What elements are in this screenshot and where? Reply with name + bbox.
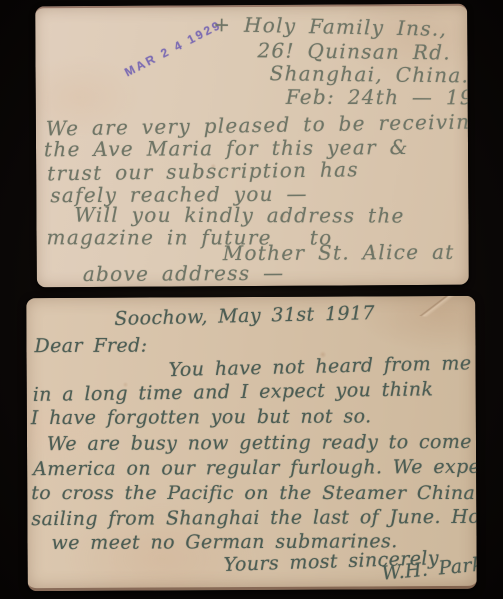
photo-background: MAR 2 4 1929 + Holy Family Ins., 26! Qui… xyxy=(0,0,503,599)
message-line: Will you kindly address the xyxy=(74,203,404,228)
dateline: Soochow, May 31st 1917 xyxy=(114,302,375,330)
address-line: Shanghai, China. xyxy=(269,61,468,87)
postcard-bottom: Soochow, May 31st 1917 Dear Fred: You ha… xyxy=(26,296,477,591)
date-line: Feb: 24th — 1929. xyxy=(286,85,469,110)
message-line: You have not heard from me xyxy=(168,352,471,381)
address-line: + Holy Family Ins., xyxy=(213,12,447,41)
bent-corner-crease xyxy=(418,296,455,320)
message-line: I have forgotten you but not so. xyxy=(31,405,372,429)
message-line: above address — xyxy=(83,261,285,286)
message-line: trust our subscription has xyxy=(47,157,359,185)
postcard-top: MAR 2 4 1929 + Holy Family Ins., 26! Qui… xyxy=(35,4,469,288)
message-line: America on our regular furlough. We expe… xyxy=(33,456,477,480)
message-line: to cross the Pacific on the Steamer Chin… xyxy=(31,482,475,504)
salutation: Dear Fred: xyxy=(34,335,147,358)
date-stamp: MAR 2 4 1929 xyxy=(122,18,224,80)
message-line: in a long time and I expect you think xyxy=(33,378,434,406)
message-line: We are busy now getting ready to come to xyxy=(47,431,477,455)
message-line: sailing from Shanghai the last of June. … xyxy=(31,506,476,530)
